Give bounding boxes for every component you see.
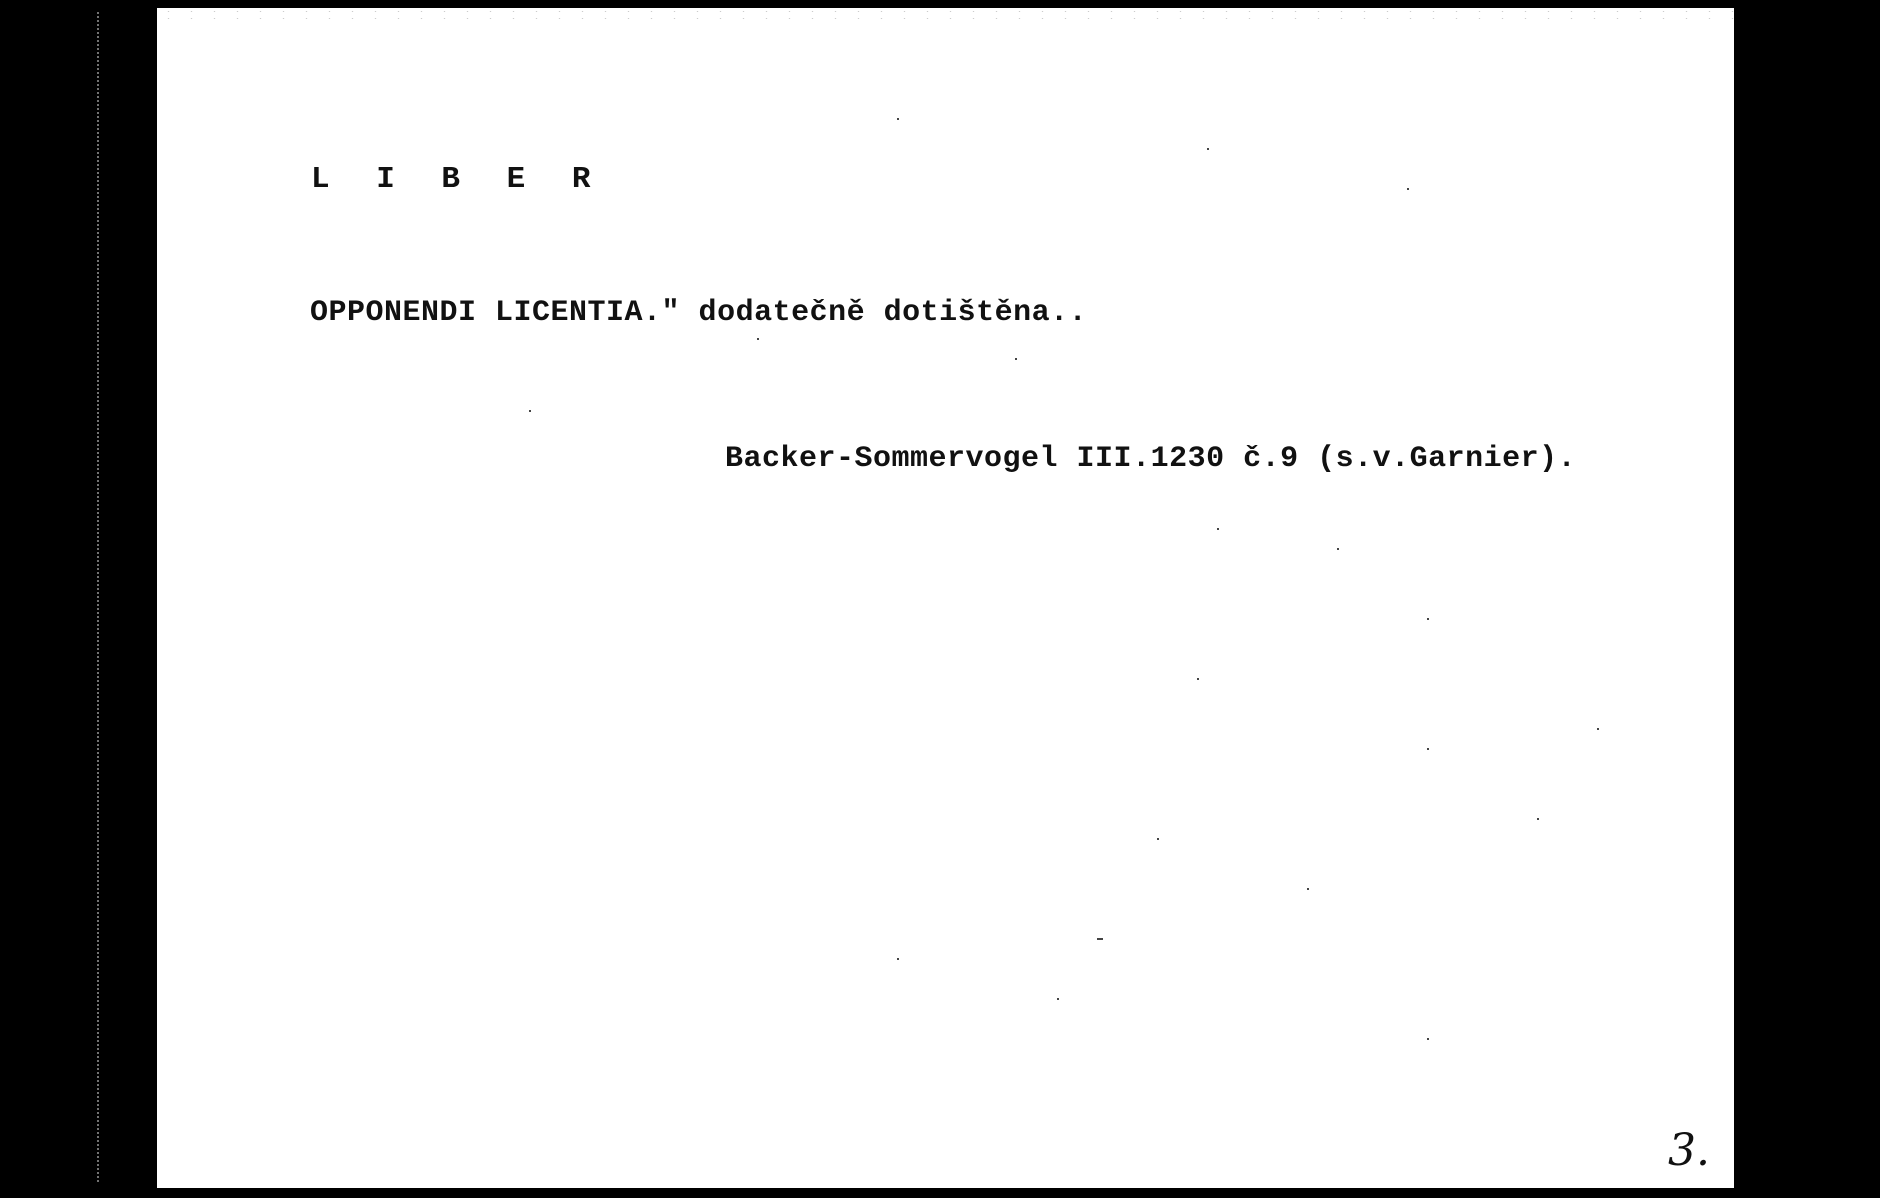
- scan-speck: [757, 338, 759, 340]
- scan-speck: [1097, 938, 1103, 940]
- card-number: 3.: [1668, 1125, 1710, 1176]
- catalog-card: L I B E R OPPONENDI LICENTIA." dodatečně…: [157, 8, 1734, 1188]
- scan-speck: [1427, 748, 1429, 750]
- scan-speck: [897, 958, 899, 960]
- card-heading: L I B E R: [311, 162, 604, 197]
- card-reference-line: Backer-Sommervogel III.1230 č.9 (s.v.Gar…: [725, 442, 1576, 476]
- scan-speck: [1197, 678, 1199, 680]
- scan-speck: [1015, 358, 1017, 360]
- scan-speck: [1427, 618, 1429, 620]
- scan-speck: [1537, 818, 1539, 820]
- scan-speck: [1307, 888, 1309, 890]
- scan-speck: [1407, 188, 1409, 190]
- scan-speck: [1217, 528, 1219, 530]
- scan-speck: [1337, 548, 1339, 550]
- scanner-edge-strip: [97, 12, 105, 1182]
- scan-speck: [1057, 998, 1059, 1000]
- scan-speck: [897, 118, 899, 120]
- scan-speck: [1597, 728, 1599, 730]
- scan-noise: [157, 8, 1734, 20]
- card-note-line: OPPONENDI LICENTIA." dodatečně dotištěna…: [310, 296, 1087, 330]
- scan-speck: [1157, 838, 1159, 840]
- scan-speck: [529, 410, 531, 412]
- scan-speck: [1207, 148, 1209, 150]
- scan-speck: [1427, 1038, 1429, 1040]
